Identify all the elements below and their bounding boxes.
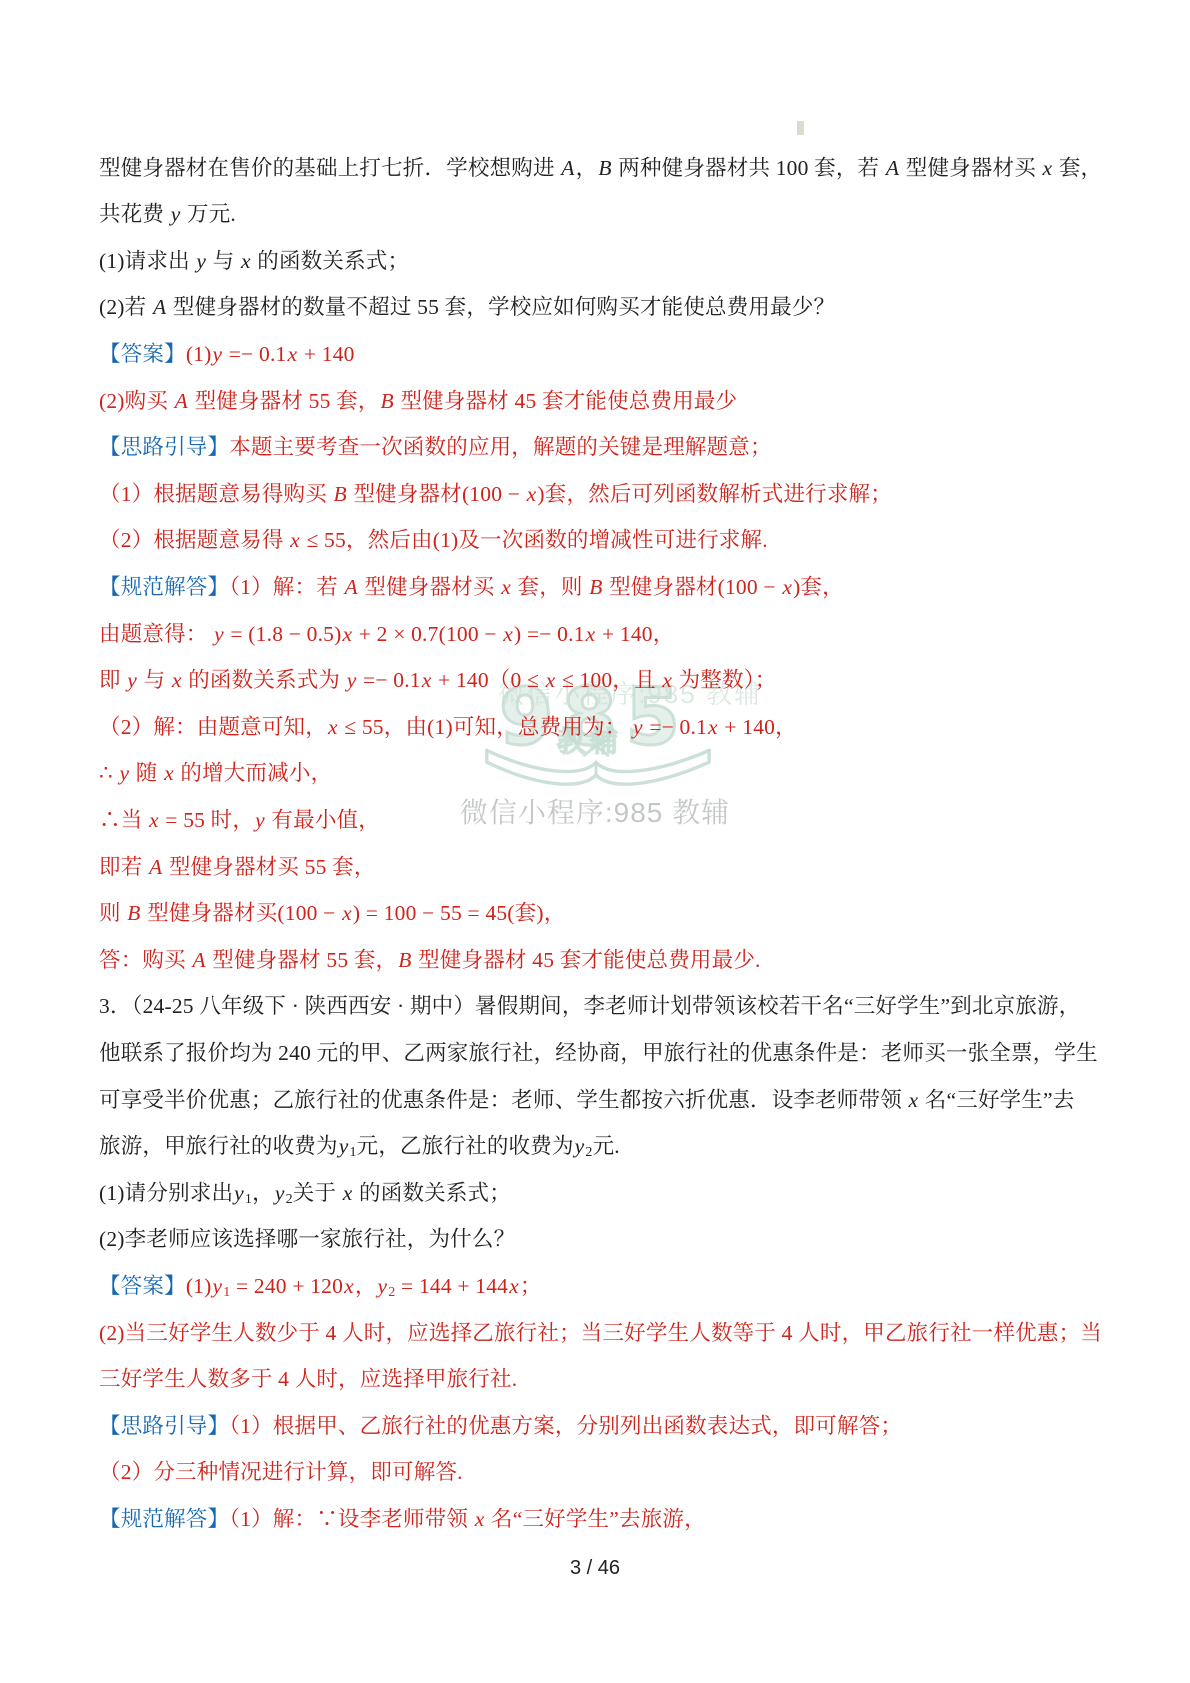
text-line: (2)李老师应该选择哪一家旅行社，为什么？ (99, 1216, 1091, 1263)
text-line: 即若 A 型健身器材买 55 套， (99, 844, 1091, 891)
text-segment: x (341, 622, 353, 646)
text-segment: =− 0.1 (357, 668, 420, 692)
text-segment: ) = 100 − 55 = 45(套)， (353, 901, 566, 925)
text-line: 型健身器材在售价的基础上打七折．学校想购进 A，B 两种健身器材共 100 套，… (99, 145, 1091, 192)
text-segment: =− 0.1 (644, 715, 707, 739)
text-segment: A (560, 156, 575, 180)
text-segment: y (211, 1274, 223, 1298)
text-segment: 为整数）； (673, 668, 776, 692)
text-segment: 型健身器材买 55 套， (163, 855, 375, 879)
text-segment: A (191, 948, 206, 972)
text-segment: 名“三好学生”去旅游， (485, 1507, 705, 1531)
text-segment: y (274, 1181, 286, 1205)
text-segment: (1)请求出 (99, 249, 195, 273)
text-segment: 他联系了报价均为 240 元的甲、乙两家旅行社，经协商，甲旅行社的优惠条件是：老… (99, 1041, 1098, 1065)
text-segment: y (126, 668, 138, 692)
text-line: ∴当 x = 55 时，y 有最小值， (99, 797, 1091, 844)
text-line: 【答案】(1)y =− 0.1x + 140 (99, 331, 1091, 378)
text-segment: 共花费 (99, 202, 170, 226)
text-segment: ∴当 (99, 808, 148, 832)
text-segment: x (240, 249, 252, 273)
text-segment: (2)当三好学生人数少于 4 人时，应选择乙旅行社；当三好学生人数等于 4 人时… (99, 1321, 1102, 1345)
document-page: 微信小程序:985 教辅 985 教辅 微信小程序:985 教辅 型健身器材在售… (0, 0, 1190, 1683)
text-segment: (2)购买 (99, 389, 174, 413)
text-segment: x (474, 1507, 486, 1531)
text-segment: 型健身器材 45 套才能使总费用最少 (395, 389, 737, 413)
text-segment: y (377, 1274, 389, 1298)
text-segment: x (341, 901, 353, 925)
text-segment: + 2 × 0.7(100 − (353, 622, 502, 646)
text-line: ∴ y 随 x 的增大而减小， (99, 750, 1091, 797)
text-segment: x (707, 715, 719, 739)
text-segment: y (233, 1181, 245, 1205)
text-segment: 套，则 (512, 575, 588, 599)
text-segment: y (632, 715, 644, 739)
text-segment: ≤ 55，由(1)可知，总费用为： (339, 715, 632, 739)
text-line: （2）根据题意易得 x ≤ 55，然后由(1)及一次函数的增减性可进行求解. (99, 517, 1091, 564)
text-segment: y (254, 808, 266, 832)
text-segment: 型健身器材(100 − (604, 575, 782, 599)
text-segment: 的函数关系式； (252, 249, 409, 273)
text-segment: ， (252, 1181, 274, 1205)
text-segment: x (502, 622, 514, 646)
text-segment: 由题意得： (99, 622, 213, 646)
text-segment: (1)请分别求出 (99, 1181, 233, 1205)
text-line: (1)请求出 y 与 x 的函数关系式； (99, 238, 1091, 285)
content-lines: 型健身器材在售价的基础上打七折．学校想购进 A，B 两种健身器材共 100 套，… (99, 145, 1091, 1543)
text-segment: 的函数关系式为 (183, 668, 346, 692)
text-segment: x (327, 715, 339, 739)
text-segment: （1）解：若 (229, 575, 343, 599)
text-segment: 元. (593, 1134, 620, 1158)
text-segment: ≤ 55，然后由(1)及一次函数的增减性可进行求解. (301, 528, 768, 552)
text-segment: y (195, 249, 207, 273)
text-segment: x (287, 342, 299, 366)
text-line: 旅游，甲旅行社的收费为y1元，乙旅行社的收费为y2元. (99, 1123, 1091, 1170)
text-segment: 型健身器材的数量不超过 55 套，学校应如何购买才能使总费用最少？ (167, 295, 835, 319)
text-line: 三好学生人数多于 4 人时，应选择甲旅行社. (99, 1356, 1091, 1403)
text-segment: 2 (286, 1192, 293, 1207)
text-line: （1）根据题意易得购买 B 型健身器材(100 − x)套，然后可列函数解析式进… (99, 471, 1091, 518)
text-segment: )套， (793, 575, 844, 599)
text-segment: x (289, 528, 301, 552)
text-segment: 随 (130, 761, 163, 785)
section-label: 【思路引导】 (99, 435, 229, 459)
text-line: （2）分三种情况进行计算，即可解答. (99, 1449, 1091, 1496)
text-segment: y (213, 622, 225, 646)
text-segment: (1) (186, 342, 212, 366)
text-line: 【规范解答】（1）解：∵设李老师带领 x 名“三好学生”去旅游， (99, 1496, 1091, 1543)
text-segment: + 140 (298, 342, 354, 366)
text-line: 共花费 y 万元. (99, 191, 1091, 238)
text-line: 【思路引导】本题主要考查一次函数的应用，解题的关键是理解题意； (99, 424, 1091, 471)
section-label: 【答案】 (99, 1274, 186, 1298)
text-segment: 可享受半价优惠；乙旅行社的优惠条件是：老师、学生都按六折优惠．设李老师带领 (99, 1088, 907, 1112)
text-segment: 即若 (99, 855, 148, 879)
text-segment: x (585, 622, 597, 646)
text-segment: （1）根据甲、乙旅行社的优惠方案，分别列出函数表达式，即可解答； (229, 1414, 902, 1438)
text-segment: x (342, 1181, 354, 1205)
text-segment: A (343, 575, 358, 599)
text-segment: B (333, 482, 348, 506)
text-segment: （2）解：由题意可知， (99, 715, 327, 739)
text-segment: 型健身器材买 (359, 575, 500, 599)
text-segment: y (170, 202, 182, 226)
text-segment: A (148, 855, 163, 879)
text-segment: 本题主要考查一次函数的应用，解题的关键是理解题意； (229, 435, 772, 459)
text-segment: )套，然后可列函数解析式进行求解； (537, 482, 892, 506)
text-segment: x (163, 761, 175, 785)
text-segment: ， (576, 156, 598, 180)
text-line: (2)当三好学生人数少于 4 人时，应选择乙旅行社；当三好学生人数等于 4 人时… (99, 1310, 1091, 1357)
text-segment: x (526, 482, 538, 506)
text-segment: A (885, 156, 900, 180)
text-segment: ∴ (99, 761, 118, 785)
text-line: (2)购买 A 型健身器材 55 套，B 型健身器材 45 套才能使总费用最少 (99, 378, 1091, 425)
text-segment: x (508, 1274, 520, 1298)
text-segment: x (907, 1088, 919, 1112)
text-segment: （1）根据题意易得购买 (99, 482, 333, 506)
text-segment: 型健身器材 55 套， (207, 948, 398, 972)
text-segment: (1) (186, 1274, 212, 1298)
text-segment: 的增大而减小， (175, 761, 332, 785)
text-line: 答：购买 A 型健身器材 55 套，B 型健身器材 45 套才能使总费用最少. (99, 937, 1091, 984)
text-segment: ， (355, 1274, 377, 1298)
text-line: (1)请分别求出y1，y2关于 x 的函数关系式； (99, 1170, 1091, 1217)
text-segment: 型健身器材 45 套才能使总费用最少. (413, 948, 761, 972)
text-line: 3．（24-25 八年级下 · 陕西西安 · 期中）暑假期间，李老师计划带领该校… (99, 983, 1091, 1030)
text-segment: = 144 + 144 (395, 1274, 508, 1298)
text-segment: =− 0.1 (223, 342, 286, 366)
text-line: 则 B 型健身器材买(100 − x) = 100 − 55 = 45(套)， (99, 890, 1091, 937)
text-segment: 与 (138, 668, 171, 692)
text-segment: + 140， (596, 622, 674, 646)
text-segment: = 55 时， (160, 808, 254, 832)
text-segment: （1）解：∵设李老师带领 (229, 1507, 473, 1531)
text-segment: A (152, 295, 167, 319)
text-segment: = (1.8 − 0.5) (225, 622, 342, 646)
text-segment: 元，乙旅行社的收费为 (357, 1134, 574, 1158)
text-segment: 型健身器材(100 − (348, 482, 526, 506)
text-segment: 即 (99, 668, 126, 692)
text-segment: x (500, 575, 512, 599)
text-segment: B (588, 575, 603, 599)
text-segment: B (397, 948, 412, 972)
text-line: 由题意得： y = (1.8 − 0.5)x + 2 × 0.7(100 − x… (99, 611, 1091, 658)
text-segment: B (380, 389, 395, 413)
text-segment: （2）分三种情况进行计算，即可解答. (99, 1460, 463, 1484)
text-line: 【思路引导】（1）根据甲、乙旅行社的优惠方案，分别列出函数表达式，即可解答； (99, 1403, 1091, 1450)
text-segment: x (148, 808, 160, 832)
text-segment: 三好学生人数多于 4 人时，应选择甲旅行社. (99, 1367, 517, 1391)
text-segment: 关于 (293, 1181, 342, 1205)
stray-mark (797, 121, 804, 135)
text-segment: 万元. (181, 202, 236, 226)
text-line: 可享受半价优惠；乙旅行社的优惠条件是：老师、学生都按六折优惠．设李老师带领 x … (99, 1077, 1091, 1124)
text-segment: + 140， (719, 715, 797, 739)
section-label: 【规范解答】 (99, 575, 229, 599)
text-segment: A (174, 389, 189, 413)
text-line: 他联系了报价均为 240 元的甲、乙两家旅行社，经协商，甲旅行社的优惠条件是：老… (99, 1030, 1091, 1077)
text-segment: 3．（24-25 八年级下 · 陕西西安 · 期中）暑假期间，李老师计划带领该校… (99, 994, 1080, 1018)
text-segment: 2 (585, 1145, 592, 1160)
section-label: 【思路引导】 (99, 1414, 229, 1438)
text-segment: x (343, 1274, 355, 1298)
text-line: 【规范解答】（1）解：若 A 型健身器材买 x 套，则 B 型健身器材(100 … (99, 564, 1091, 611)
text-segment: y (118, 761, 130, 785)
text-segment: x (661, 668, 673, 692)
page-number: 3 / 46 (0, 1555, 1190, 1581)
text-segment: 两种健身器材共 100 套，若 (613, 156, 885, 180)
text-segment: 旅游，甲旅行社的收费为 (99, 1134, 338, 1158)
text-segment: 与 (207, 249, 240, 273)
text-segment: ) =− 0.1 (514, 622, 585, 646)
text-segment: （2）根据题意易得 (99, 528, 289, 552)
section-label: 【规范解答】 (99, 1507, 229, 1531)
text-segment: 型健身器材买(100 − (142, 901, 341, 925)
text-segment: 则 (99, 901, 126, 925)
section-label: 【答案】 (99, 342, 186, 366)
text-segment: x (171, 668, 183, 692)
text-segment: ≤ 100，且 (556, 668, 661, 692)
text-segment: 有最小值， (266, 808, 380, 832)
text-segment: 型健身器材在售价的基础上打七折．学校想购进 (99, 156, 560, 180)
text-segment: x (545, 668, 557, 692)
text-segment: 1 (349, 1145, 356, 1160)
text-line: 【答案】(1)y1 = 240 + 120x，y2 = 144 + 144x； (99, 1263, 1091, 1310)
text-segment: x (421, 668, 433, 692)
text-segment: x (1042, 156, 1054, 180)
text-segment: y (574, 1134, 586, 1158)
text-segment: 套， (1053, 156, 1102, 180)
text-line: (2)若 A 型健身器材的数量不超过 55 套，学校应如何购买才能使总费用最少？ (99, 284, 1091, 331)
text-segment: y (338, 1134, 350, 1158)
text-segment: (2)若 (99, 295, 152, 319)
text-line: （2）解：由题意可知，x ≤ 55，由(1)可知，总费用为： y =− 0.1x… (99, 704, 1091, 751)
text-segment: = 240 + 120 (230, 1274, 343, 1298)
text-segment: y (211, 342, 223, 366)
text-segment: x (781, 575, 793, 599)
text-segment: 型健身器材 55 套， (189, 389, 380, 413)
text-segment: 的函数关系式； (353, 1181, 510, 1205)
text-segment: 答：购买 (99, 948, 191, 972)
text-segment: y (346, 668, 358, 692)
text-segment: 名“三好学生”去 (919, 1088, 1074, 1112)
text-line: 即 y 与 x 的函数关系式为 y =− 0.1x + 140（0 ≤ x ≤ … (99, 657, 1091, 704)
text-segment: B (597, 156, 612, 180)
text-segment: 型健身器材买 (900, 156, 1041, 180)
text-segment: ； (520, 1274, 542, 1298)
text-segment: (2)李老师应该选择哪一家旅行社，为什么？ (99, 1227, 515, 1251)
text-segment: + 140（0 ≤ (432, 668, 544, 692)
text-segment: B (126, 901, 141, 925)
